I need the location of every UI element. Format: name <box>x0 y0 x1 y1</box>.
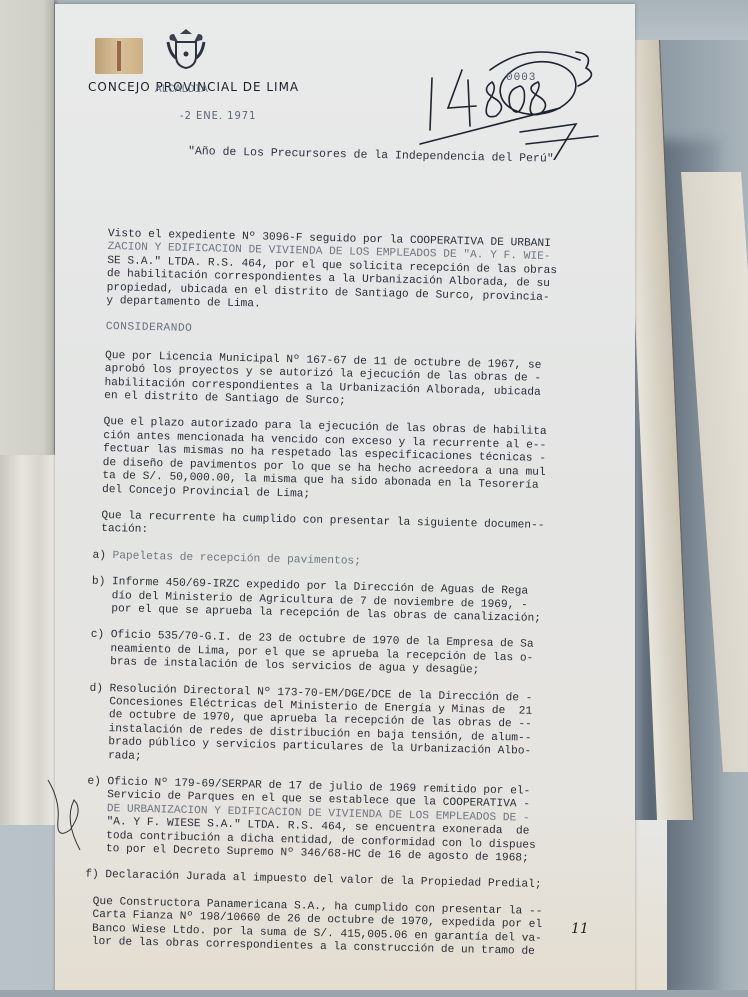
handwritten-file-number <box>410 40 610 160</box>
document-item-a: a) Papeletas de recepción de pavimentos; <box>92 549 620 574</box>
carta-fianza-paragraph: Que Constructora Panamericana S.A., ha c… <box>92 896 613 961</box>
document-item-b: b) Informe 450/69-IRZC expedido por la D… <box>91 576 620 628</box>
tape-strip <box>95 38 143 74</box>
document-item-e: e) Oficio Nº 179-69/SERPAR de 17 de juli… <box>86 776 616 868</box>
considerando-paragraph-3: Que la recurrente ha cumplido con presen… <box>101 510 621 549</box>
document-item-c: c) Oficio 535/70-G.I. de 23 de octubre d… <box>90 629 619 681</box>
visto-paragraph: Visto el expediente Nº 3096-F seguido po… <box>106 228 628 320</box>
document-item-f: f) Declaración Jurada al impuesto del va… <box>85 869 613 894</box>
date-stamp: -2 ENE. 1971 <box>180 109 256 122</box>
handwritten-page-number: 11 <box>571 921 589 937</box>
coat-of-arms-icon <box>166 28 206 70</box>
folder-edge <box>0 0 54 455</box>
document-item-d: d) Resolución Directoral Nº 173-70-EM/DG… <box>88 682 618 774</box>
page-counter-stamp: 0003 <box>506 72 536 84</box>
alcaldia-stamp: ALCALDIA <box>155 84 208 96</box>
considerando-heading: CONSIDERANDO <box>106 321 626 346</box>
handwritten-signature <box>40 760 100 860</box>
background-surface-bottom <box>0 990 748 997</box>
document-body: Visto el expediente Nº 3096-F seguido po… <box>91 228 628 974</box>
considerando-paragraph-1: Que por Licencia Municipal Nº 167-67 de … <box>104 350 625 415</box>
considerando-paragraph-2: Que el plazo autorizado para la ejecució… <box>102 416 624 508</box>
